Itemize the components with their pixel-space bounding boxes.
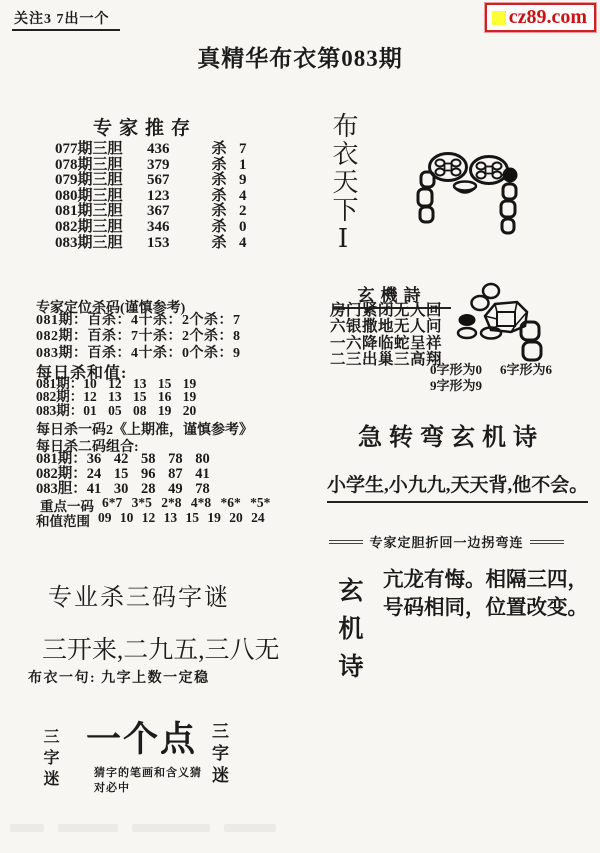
kill3-riddle-line: 三开来,二九五,三八无 [42,630,280,666]
site-badge[interactable]: cz89.com [485,3,596,32]
issue-cell: 083期三胆 [55,236,147,252]
riddle-answer: 一个点 [86,712,197,762]
shape-note: 0字形为0 [430,362,482,378]
top-note: 关注3 7出一个 [12,8,120,31]
double-line-left [329,540,363,544]
list-item: 081期：百杀：4十杀：2个杀：7 [36,313,241,329]
kill-label-cell: 杀 [199,204,239,220]
kill-value-cell: 4 [239,236,259,252]
list-item: 082期：12 13 15 16 19 [36,390,196,403]
dan-cell: 123 [147,189,199,205]
poem-line: 房门紧闭无人回 [330,303,442,319]
poem-line: 亢龙有悔。相隔三四， [383,566,588,594]
dan-cell: 567 [147,173,199,189]
turn-poem-title: 急转弯玄机诗 [358,417,544,452]
list-item: 083期：01 05 08 19 20 [36,404,196,417]
issue-cell: 078期三胆 [55,158,147,174]
three-char-riddle-label-left: 三字迷 [38,728,61,791]
sum-range-values: 09 10 12 13 15 19 20 24 [98,510,265,530]
issue-cell: 079期三胆 [55,173,147,189]
table-row: 079期三胆 567 杀 9 [55,173,259,189]
expert-section-title: 专家推存 [93,113,197,140]
list-item: 081期：36 42 58 78 80 [36,452,210,467]
turn-poem-line: 小学生,小九九,天天背,他不会。 [327,470,588,503]
poem-line: 二三出巢三高翔 [330,352,442,368]
kill-value-cell: 1 [239,158,259,174]
kill-label-cell: 杀 [199,236,239,252]
buyi-tianxia-vertical-title: 布衣天下Ⅰ [325,112,362,256]
dan-cell: 367 [147,204,199,220]
dingwei-rows: 081期：百杀：4十杀：2个杀：7 082期：百杀：7十杀：2个杀：8 083期… [36,313,241,362]
poem-line: 一六降临蛇呈祥 [330,336,442,352]
xuanji-vertical-title: 玄机诗 [330,577,366,691]
badge-square-icon [492,11,506,25]
kill-value-cell: 9 [239,173,259,189]
kill-value-cell: 0 [239,220,259,236]
double-line-right [530,540,564,544]
dan-cell: 436 [147,142,199,158]
shape-notes: 0字形为0 6字形为6 9字形为9 [430,362,552,394]
three-char-riddle-label-right: 三字迷 [206,722,231,788]
hint-line: 猜字的笔画和含义猜 [94,766,202,781]
mystic-poem: 房门紧闭无人回 六银撒地无人问 一六降临蛇呈祥 二三出巢三高翔 [330,303,442,368]
kill-label-cell: 杀 [199,142,239,158]
dingdan-banner: 专家定胆折回一边拐弯连 [328,532,565,551]
footer-watermark [10,824,276,832]
shape-note: 6字形为6 [500,362,552,378]
lottery-sheet-page: 关注3 7出一个 cz89.com 真精华布衣第083期 专家推存 077期三胆… [0,0,600,853]
table-row: 082期三胆 346 杀 0 [55,220,259,236]
issue-cell: 081期三胆 [55,204,147,220]
coins-illustration [413,148,528,236]
combo-rows: 081期：36 42 58 78 80 082期：24 15 96 87 41 … [36,452,210,498]
list-item: 082期：百杀：7十杀：2个杀：8 [36,329,241,345]
issue-cell: 082期三胆 [55,220,147,236]
issue-cell: 077期三胆 [55,142,147,158]
shape-note: 9字形为9 [430,378,482,393]
kill-value-cell: 7 [239,142,259,158]
dan-cell: 379 [147,158,199,174]
poem-line: 六银撒地无人问 [330,319,442,335]
dan-cell: 346 [147,220,199,236]
table-row: 083期三胆 153 杀 4 [55,236,259,252]
kill-label-cell: 杀 [199,220,239,236]
poem-line: 号码相同，位置改变。 [383,594,588,622]
list-item: 081期：10 12 13 15 19 [36,377,196,390]
xuanji-poem: 亢龙有悔。相隔三四， 号码相同，位置改变。 [383,566,588,622]
hint-line: 对必中 [94,781,202,796]
table-row: 081期三胆 367 杀 2 [55,204,259,220]
shahe-rows: 081期：10 12 13 15 19 082期：12 13 15 16 19 … [36,377,196,417]
stones-illustration [435,278,565,368]
expert-table: 077期三胆 436 杀 7 078期三胆 379 杀 1 079期三胆 567… [55,142,259,251]
table-row: 077期三胆 436 杀 7 [55,142,259,158]
kill-value-cell: 2 [239,204,259,220]
buyi-sentence: 布衣一句: 九字上数一定稳 [28,667,210,687]
kill-value-cell: 4 [239,189,259,205]
riddle-hint: 猜字的笔画和含义猜 对必中 [94,766,202,796]
sum-range-label: 和值范围 [36,510,90,530]
kill-label-cell: 杀 [199,158,239,174]
table-row: 078期三胆 379 杀 1 [55,158,259,174]
dan-cell: 153 [147,236,199,252]
badge-text: cz89.com [509,6,587,29]
page-title: 真精华布衣第083期 [0,40,600,73]
kill-label-cell: 杀 [199,173,239,189]
dingdan-text: 专家定胆折回一边拐弯连 [369,532,523,551]
sum-range-row: 和值范围 09 10 12 13 15 19 20 24 [36,510,265,530]
kill3-riddle-title: 专业杀三码字谜 [48,577,230,612]
